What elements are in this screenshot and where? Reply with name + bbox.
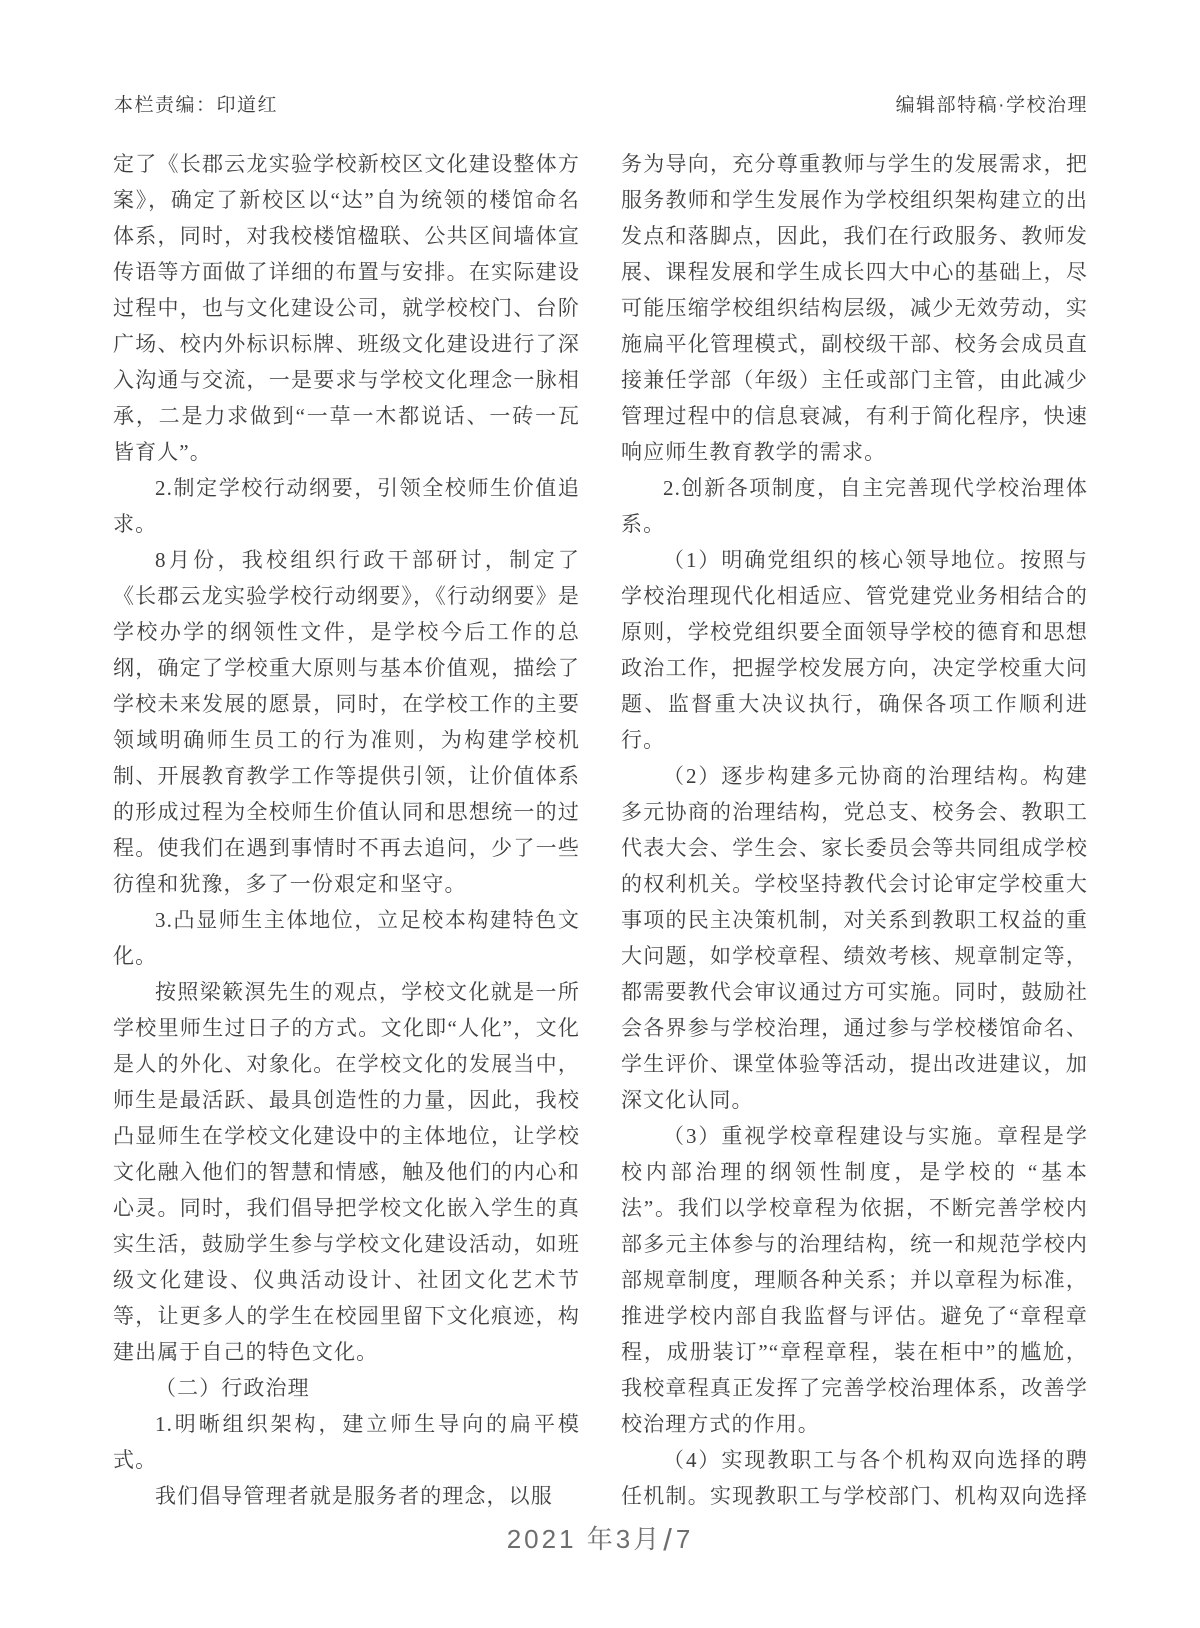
paragraph: 2.制定学校行动纲要，引领全校师生价值追求。 bbox=[113, 470, 580, 542]
right-column: 务为导向，充分尊重教师与学生的发展需求，把服务教师和学生发展作为学校组织架构建立… bbox=[621, 146, 1088, 1518]
left-column: 定了《长郡云龙实验学校新校区文化建设整体方案》，确定了新校区以“达”自为统领的楼… bbox=[113, 146, 580, 1518]
footer-date: 2021 年3月 bbox=[507, 1524, 663, 1554]
header-section-title: 编辑部特稿·学校治理 bbox=[896, 90, 1088, 117]
paragraph: （3）重视学校章程建设与实施。章程是学校内部治理的纲领性制度，是学校的 “基本法… bbox=[621, 1118, 1088, 1442]
page-footer: 2021 年3月/7 bbox=[0, 1519, 1200, 1556]
document-page: 本栏责编：印道红 编辑部特稿·学校治理 定了《长郡云龙实验学校新校区文化建设整体… bbox=[0, 0, 1200, 1628]
paragraph: （1）明确党组织的核心领导地位。按照与学校治理现代化相适应、管党建党业务相结合的… bbox=[621, 542, 1088, 758]
paragraph: 按照梁簌溟先生的观点，学校文化就是一所学校里师生过日子的方式。文化即“人化”，文… bbox=[113, 974, 580, 1370]
paragraph: 2.创新各项制度，自主完善现代学校治理体系。 bbox=[621, 470, 1088, 542]
paragraph: 务为导向，充分尊重教师与学生的发展需求，把服务教师和学生发展作为学校组织架构建立… bbox=[621, 146, 1088, 470]
paragraph: （2）逐步构建多元协商的治理结构。构建多元协商的治理结构，党总支、校务会、教职工… bbox=[621, 758, 1088, 1118]
paragraph: （4）实现教职工与各个机构双向选择的聘任机制。实现教职工与学校部门、机构双向选择… bbox=[621, 1442, 1088, 1518]
paragraph: 3.凸显师生主体地位，立足校本构建特色文化。 bbox=[113, 902, 580, 974]
footer-slash: / bbox=[663, 1522, 675, 1558]
article-body: 定了《长郡云龙实验学校新校区文化建设整体方案》，确定了新校区以“达”自为统领的楼… bbox=[113, 146, 1089, 1518]
page-header: 本栏责编：印道红 编辑部特稿·学校治理 bbox=[114, 90, 1088, 117]
paragraph-subheading: （二）行政治理 bbox=[113, 1370, 580, 1406]
header-editor-note: 本栏责编：印道红 bbox=[114, 90, 278, 117]
paragraph: 定了《长郡云龙实验学校新校区文化建设整体方案》，确定了新校区以“达”自为统领的楼… bbox=[113, 146, 580, 470]
paragraph: 我们倡导管理者就是服务者的理念，以服 bbox=[113, 1478, 580, 1514]
paragraph: 1.明晰组织架构，建立师生导向的扁平模式。 bbox=[113, 1406, 580, 1478]
paragraph: 8月份，我校组织行政干部研讨，制定了《长郡云龙实验学校行动纲要》，《行动纲要》是… bbox=[113, 542, 580, 902]
footer-page-number: 7 bbox=[676, 1524, 693, 1554]
